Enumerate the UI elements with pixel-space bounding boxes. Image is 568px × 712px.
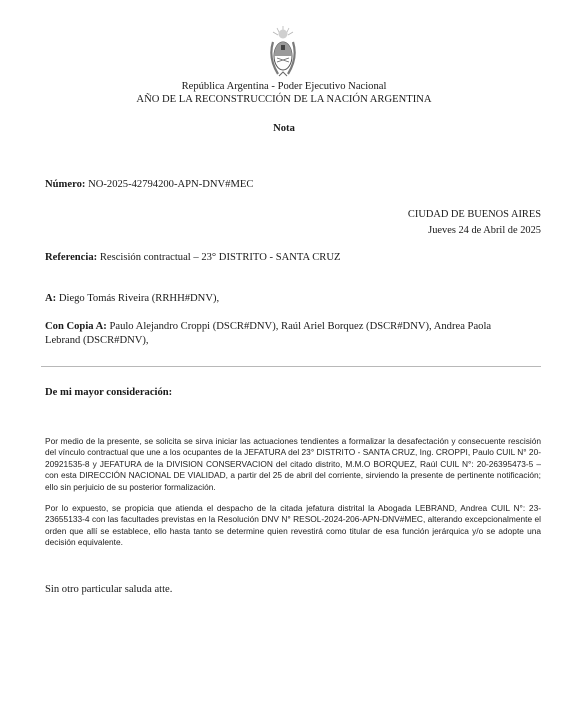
body-paragraph-2: Por lo expuesto, se propicia que atienda… <box>45 503 541 549</box>
header-line-1: República Argentina - Poder Ejecutivo Na… <box>0 81 568 92</box>
header-line-2: AÑO DE LA RECONSTRUCCIÓN DE LA NACIÓN AR… <box>0 94 568 105</box>
con-copia-field: Con Copia A: Paulo Alejandro Croppi (DSC… <box>45 320 525 348</box>
numero-label: Número: <box>45 179 85 190</box>
numero-value: NO-2025-42794200-APN-DNV#MEC <box>88 179 253 190</box>
con-copia-value: Paulo Alejandro Croppi (DSCR#DNV), Raúl … <box>45 321 491 346</box>
document-type: Nota <box>0 123 568 134</box>
body-paragraph-1: Por medio de la presente, se solicita se… <box>45 436 541 493</box>
con-copia-label: Con Copia A: <box>45 321 107 332</box>
salutation: De mi mayor consideración: <box>45 387 172 398</box>
referencia-field: Referencia: Rescisión contractual – 23° … <box>45 252 340 263</box>
destinatario-field: A: Diego Tomás Riveira (RRHH#DNV), <box>45 293 219 304</box>
destinatario-value: Diego Tomás Riveira (RRHH#DNV), <box>59 293 219 304</box>
divider <box>41 366 541 367</box>
referencia-label: Referencia: <box>45 252 97 263</box>
closing: Sin otro particular saluda atte. <box>45 584 172 595</box>
destinatario-label: A: <box>45 293 56 304</box>
referencia-value: Rescisión contractual – 23° DISTRITO - S… <box>100 252 341 263</box>
city: CIUDAD DE BUENOS AIRES <box>408 209 541 220</box>
argentina-coat-of-arms-icon <box>268 24 298 82</box>
date: Jueves 24 de Abril de 2025 <box>428 225 541 236</box>
numero-field: Número: NO-2025-42794200-APN-DNV#MEC <box>45 179 253 190</box>
